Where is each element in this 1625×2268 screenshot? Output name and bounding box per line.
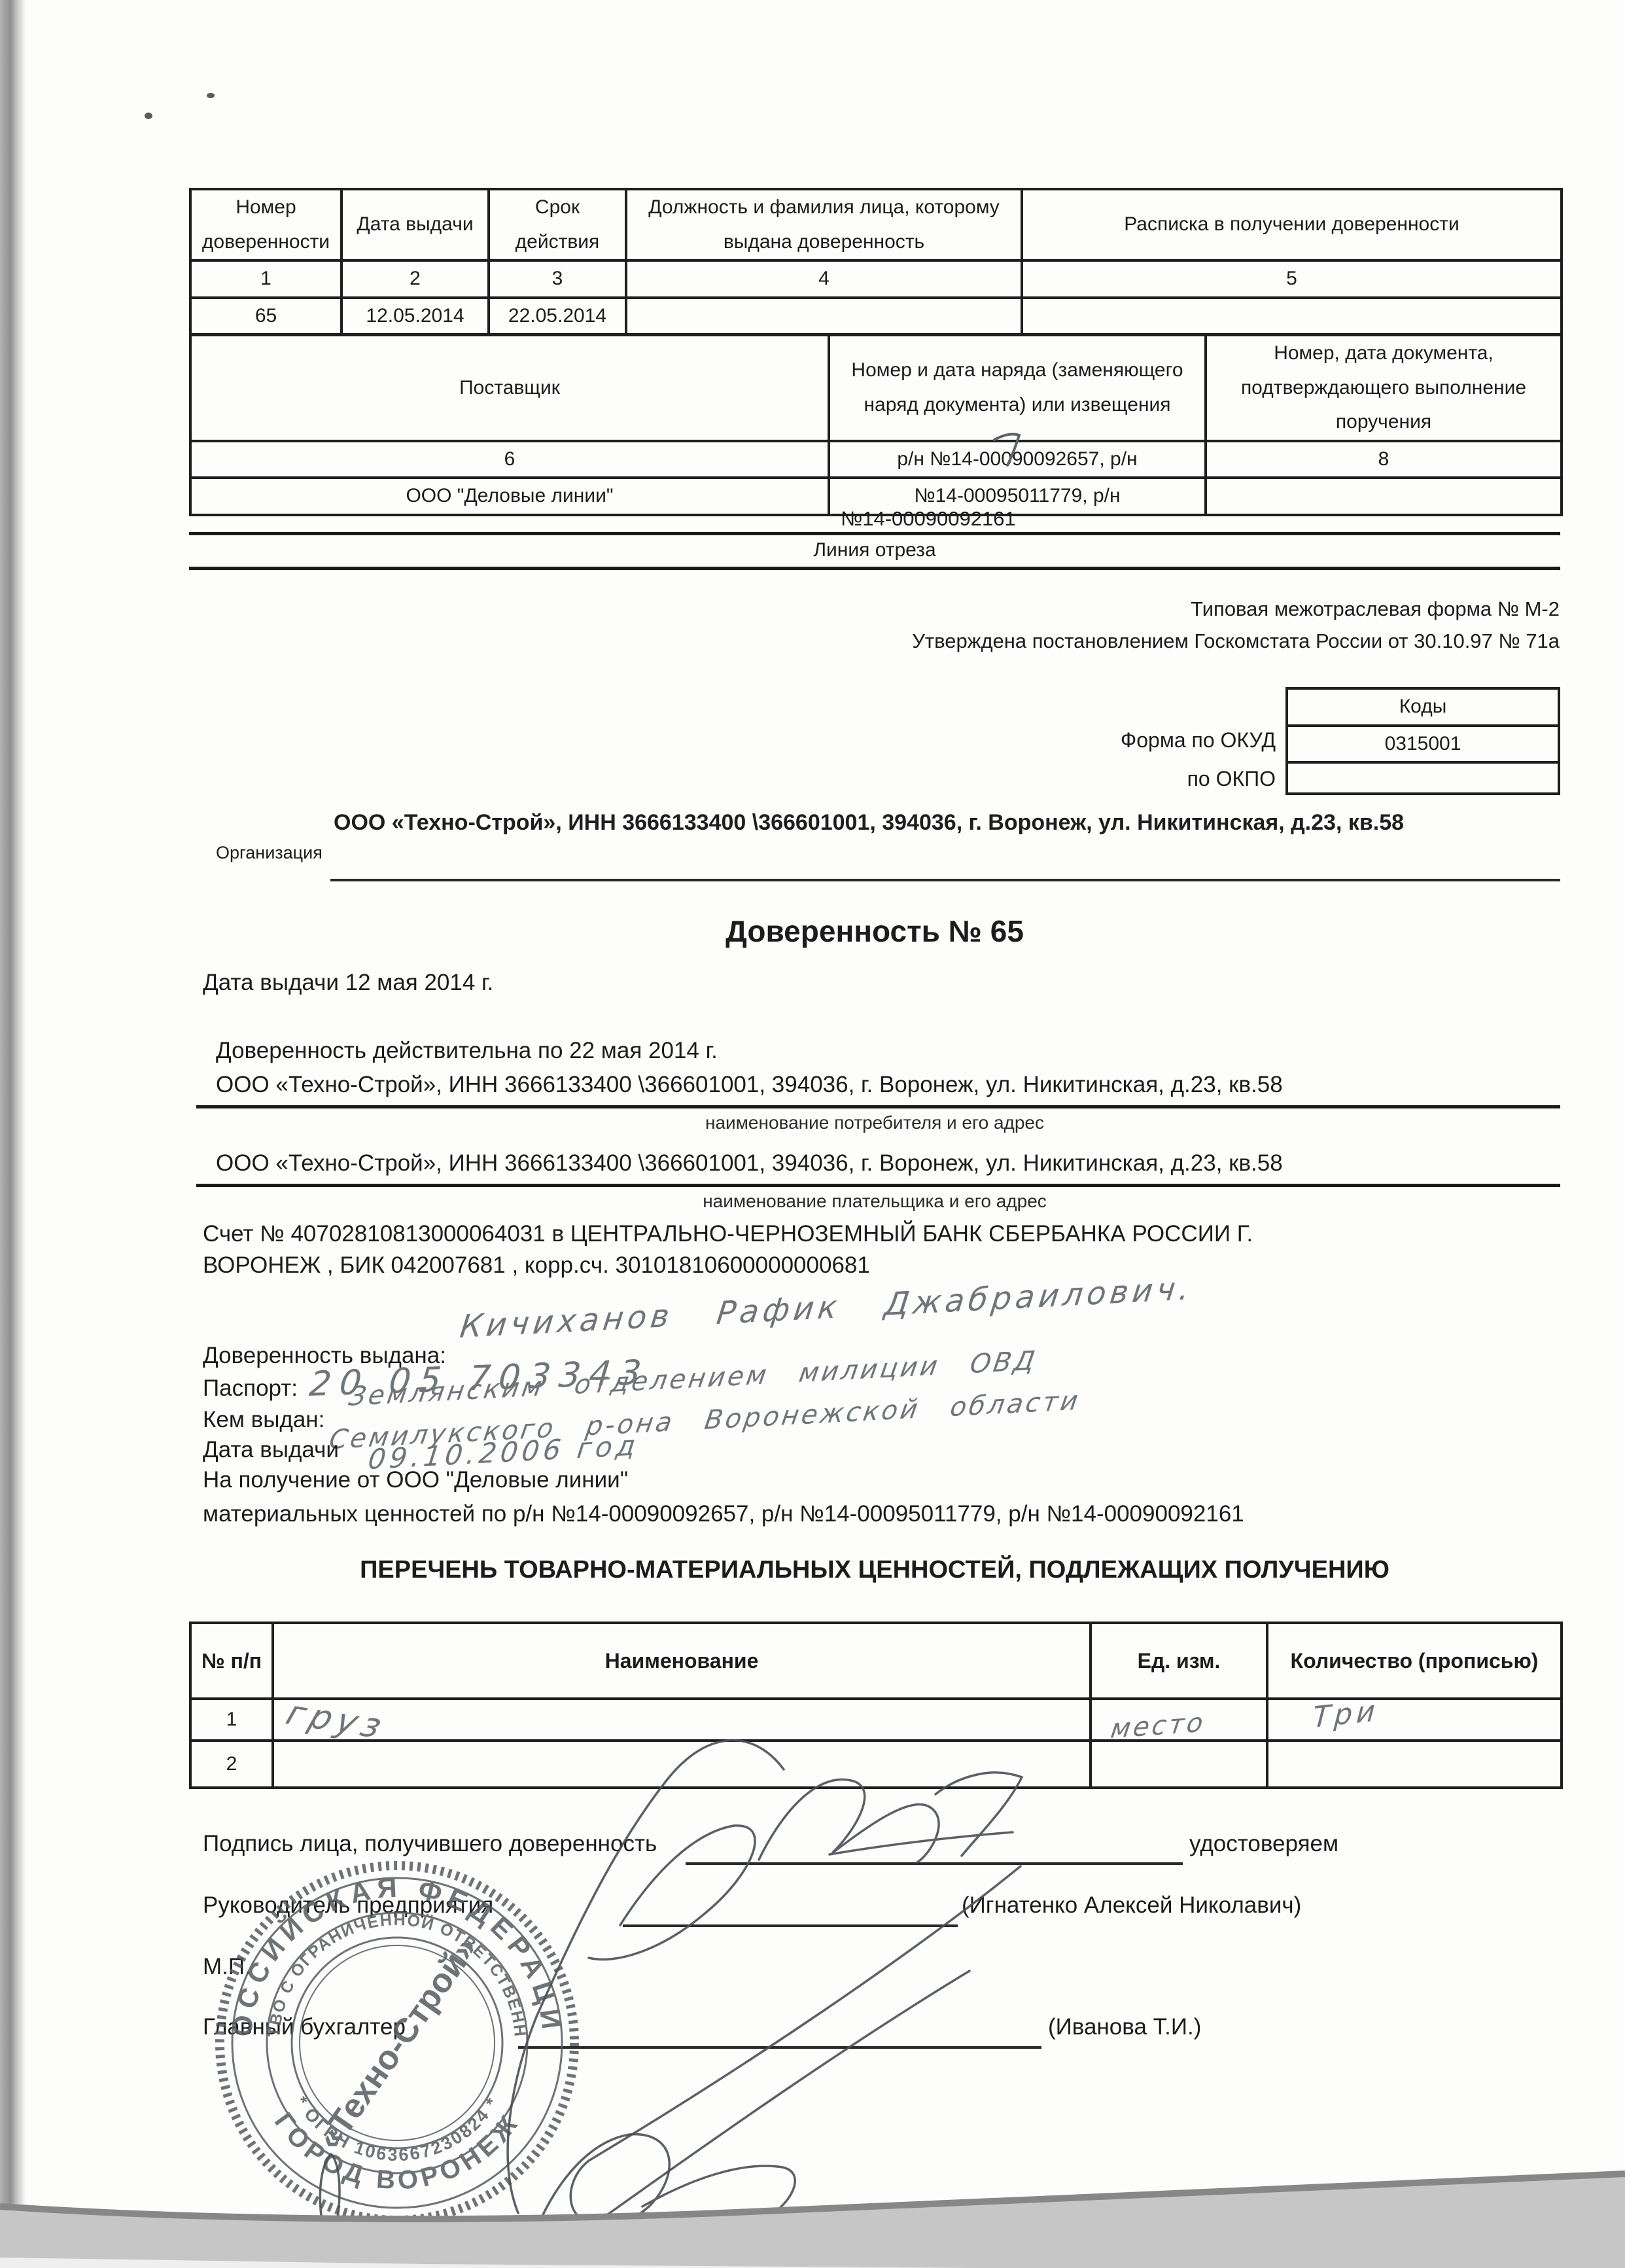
receive-from-line: На получение от ООО "Деловые линии"	[203, 1467, 628, 1493]
issued-to-handwriting: Кичиханов Рафик Джабраилович.	[458, 1270, 1195, 1345]
stamp-outer-bottom-text: ГОРОД ВОРОНЕЖ	[269, 2107, 525, 2195]
head-label: Руководитель предприятия	[203, 1892, 493, 1919]
goods-col-qty: Количество (прописью)	[1267, 1623, 1562, 1699]
col-header: Срок действия	[489, 189, 626, 260]
head-name: (Игнатенко Алексей Николавич)	[962, 1892, 1301, 1919]
col-number: 8	[1206, 441, 1562, 478]
scan-bottom-edge	[0, 2174, 1625, 2268]
table-row: 65 12.05.2014 22.05.2014	[190, 298, 1562, 335]
stamp-place-label: М.П.	[203, 1954, 251, 1980]
okud-label: Форма по ОКУД	[916, 728, 1276, 753]
table-row: Номер доверенности Дата выдачи Срок дейс…	[190, 189, 1562, 260]
head-signature-line	[623, 1924, 958, 1927]
goods-qty-handwriting: Три	[1312, 1694, 1380, 1735]
goods-row-1-num: 1	[190, 1699, 273, 1741]
supplier-header: Поставщик	[190, 335, 829, 441]
passport-label: Паспорт:	[203, 1375, 298, 1402]
cell-issue-date: 12.05.2014	[341, 298, 489, 335]
col-number: 6	[190, 441, 829, 478]
order-number-overflow: №14-00090092161	[841, 507, 1016, 531]
consumer-value: ООО «Техно-Строй», ИНН 3666133400 \36660…	[216, 1072, 1283, 1098]
registry-table: Номер доверенности Дата выдачи Срок дейс…	[189, 188, 1563, 336]
col-number: 4	[626, 260, 1022, 298]
goods-row-2-qty	[1267, 1741, 1562, 1788]
table-row: 1 2 3 4 5	[190, 260, 1562, 298]
cell-person	[626, 298, 1022, 335]
materials-line: материальных ценностей по р/н №14-000900…	[203, 1501, 1244, 1527]
validity-line: Доверенность действительна по 22 мая 201…	[216, 1038, 718, 1064]
cell-empty	[1206, 478, 1562, 515]
cut-line-label: Линия отреза	[189, 539, 1560, 561]
table-row: № п/п Наименование Ед. изм. Количество (…	[190, 1623, 1562, 1699]
receiver-signature-line	[686, 1862, 1183, 1865]
goods-col-unit: Ед. изм.	[1091, 1623, 1267, 1699]
table-row: 2	[190, 1741, 1562, 1788]
table-row	[1287, 762, 1559, 794]
okud-value: 0315001	[1287, 726, 1559, 763]
cell-order-numbers: р/н №14-00090092657, р/н	[829, 441, 1206, 478]
certify-label: удостоверяем	[1189, 1831, 1338, 1857]
issued-by-label: Кем выдан:	[203, 1407, 324, 1433]
consumer-rule	[196, 1105, 1560, 1108]
cut-rule-bottom	[189, 567, 1560, 570]
issue-date-line: Дата выдачи 12 мая 2014 г.	[203, 970, 493, 996]
col-number: 1	[190, 260, 341, 298]
payer-value: ООО «Техно-Строй», ИНН 3666133400 \36660…	[216, 1150, 1283, 1177]
account-line-1: Счет № 40702810813000064031 в ЦЕНТРАЛЬНО…	[203, 1221, 1253, 1247]
supplier-table: Поставщик Номер и дата наряда (заменяюще…	[189, 334, 1563, 516]
date-of-issue-label: Дата выдачи	[203, 1437, 339, 1463]
goods-col-name: Наименование	[273, 1623, 1091, 1699]
page-title: Доверенность № 65	[189, 913, 1560, 949]
codes-title: Коды	[1287, 688, 1559, 726]
goods-row-2-name	[273, 1741, 1091, 1788]
signature-accountant	[320, 2135, 795, 2256]
signature-head	[508, 1741, 1021, 2220]
organization-underline	[330, 879, 1560, 881]
goods-col-num: № п/п	[190, 1623, 273, 1699]
payer-rule	[196, 1184, 1560, 1187]
okpo-label: по ОКПО	[916, 767, 1276, 791]
account-line-2: ВОРОНЕЖ , БИК 042007681 , корр.сч. 30101…	[203, 1252, 870, 1279]
stamp-inner-bottom-text: * ОГРН 1063667230824 *	[291, 2093, 502, 2165]
okpo-value	[1287, 762, 1559, 794]
goods-list-title: ПЕРЕЧЕНЬ ТОВАРНО-МАТЕРИАЛЬНЫХ ЦЕННОСТЕЙ,…	[189, 1556, 1560, 1584]
col-number: 5	[1022, 260, 1562, 298]
organization-label: Организация	[216, 843, 323, 863]
order-header: Номер и дата наряда (заменяющего наряд д…	[829, 335, 1206, 441]
col-number: 2	[341, 260, 489, 298]
table-row: Коды	[1287, 688, 1559, 726]
table-row: Поставщик Номер и дата наряда (заменяюще…	[190, 335, 1562, 441]
confirm-doc-header: Номер, дата документа, подтверждающего в…	[1206, 335, 1562, 441]
stamp-center-text: «Техно-Строй»	[310, 1930, 485, 2157]
goods-row-2-num: 2	[190, 1741, 273, 1788]
col-number: 3	[489, 260, 626, 298]
cell-number: 65	[190, 298, 341, 335]
receiver-signature-label: Подпись лица, получившего доверенность	[203, 1831, 657, 1857]
pen-dots	[145, 93, 215, 119]
scan-left-edge	[0, 0, 26, 2238]
table-row: 0315001	[1287, 726, 1559, 763]
form-approved-line: Утверждена постановлением Госкомстата Ро…	[785, 629, 1560, 653]
payer-caption: наименование плательщика и его адрес	[189, 1191, 1560, 1212]
codes-box: Коды 0315001	[1285, 687, 1560, 795]
col-header: Номер доверенности	[190, 189, 341, 260]
cell-supplier-name: ООО "Деловые линии"	[190, 478, 829, 515]
scanned-document-m2: Номер доверенности Дата выдачи Срок дейс…	[0, 0, 1625, 2268]
table-row: 6 р/н №14-00090092657, р/н 8	[190, 441, 1562, 478]
col-header: Расписка в получении доверенности	[1022, 189, 1562, 260]
accountant-name: (Иванова Т.И.)	[1048, 2014, 1201, 2040]
cell-receipt	[1022, 298, 1562, 335]
cell-valid-until: 22.05.2014	[489, 298, 626, 335]
col-header: Должность и фамилия лица, которому выдан…	[626, 189, 1022, 260]
cut-rule-top	[189, 532, 1560, 535]
form-type-line: Типовая межотраслевая форма № М-2	[785, 597, 1560, 621]
goods-row-2-unit	[1091, 1741, 1267, 1788]
accountant-label: Главный бухгалтер	[203, 2014, 406, 2040]
organization-value: ООО «Техно-Строй», ИНН 3666133400 \36660…	[334, 805, 1564, 840]
goods-row-1-name	[273, 1699, 1091, 1741]
accountant-signature-line	[518, 2046, 1041, 2049]
col-header: Дата выдачи	[341, 189, 489, 260]
consumer-caption: наименование потребителя и его адрес	[189, 1112, 1560, 1133]
